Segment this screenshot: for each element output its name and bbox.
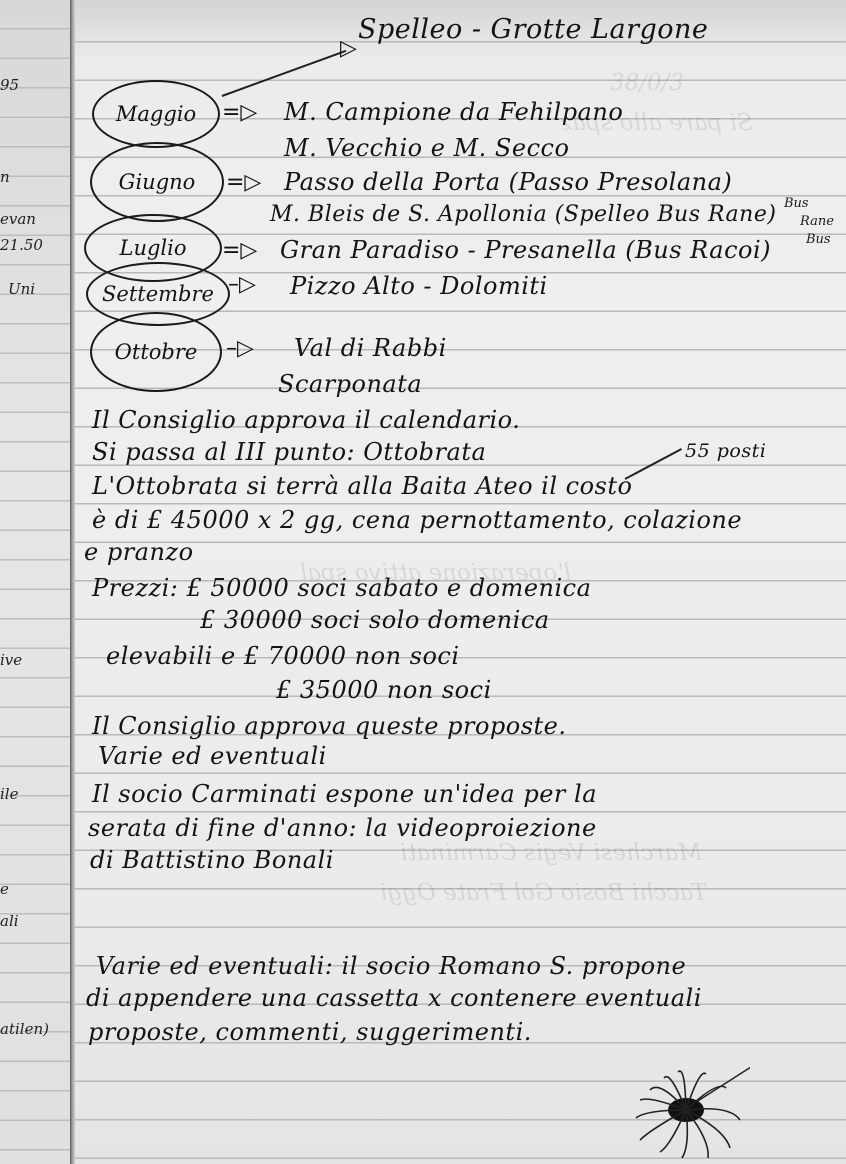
minutes-line: Varie ed eventuali: il socio Romano S. p… [96, 952, 686, 980]
left-fragment: 95 [0, 76, 19, 94]
notebook-spine [70, 0, 75, 1164]
left-fragment: 21.50 [0, 236, 43, 254]
minutes-line: serata di fine d'anno: la videoproiezion… [88, 814, 597, 842]
note-superscript: Bus [806, 232, 831, 247]
minutes-line: Varie ed eventuali [98, 742, 327, 770]
left-fragment: e [0, 880, 9, 898]
note-superscript: Rane [800, 214, 834, 229]
minutes-line: Il socio Carminati espone un'idea per la [92, 780, 597, 808]
minutes-line: è di £ 45000 x 2 gg, cena pernottamento,… [92, 506, 742, 534]
month-giugno: Giugno [90, 142, 224, 222]
left-fragment: ali [0, 912, 19, 930]
destination: Val di Rabbi [294, 334, 447, 362]
page-title: Spelleo - Grotte Largone [358, 14, 708, 45]
double-arrow-icon: =▷ [226, 170, 261, 195]
minutes-line: £ 30000 soci solo domenica [200, 606, 550, 634]
destination: Gran Paradiso - Presanella (Bus Racoi) [280, 236, 771, 264]
left-fragment: Uni [8, 280, 35, 298]
left-fragment: atilen) [0, 1020, 49, 1038]
left-page-edge: 95 n evan 21.50 Uni ive ile e ali atilen… [0, 0, 72, 1164]
destination: M. Bleis de S. Apollonia (Spelleo Bus Ra… [270, 202, 776, 227]
month-ottobre: Ottobre [90, 312, 222, 392]
destination: Scarponata [278, 370, 422, 398]
minutes-line: di appendere una cassetta x contenere ev… [86, 984, 702, 1012]
double-arrow-icon: =▷ [222, 238, 257, 263]
destination: M. Vecchio e M. Secco [284, 134, 569, 162]
destination: M. Campione da Fehilpano [284, 98, 623, 126]
note-superscript: Bus [784, 196, 809, 211]
left-fragment: evan [0, 210, 36, 228]
minutes-line: di Battistino Bonali [90, 846, 334, 874]
minutes-line: e pranzo [84, 538, 194, 566]
minutes-line: £ 35000 non soci [276, 676, 492, 704]
minutes-line: L'Ottobrata si terrà alla Baita Ateo il … [92, 472, 632, 500]
arrow-icon: ▷ [340, 36, 357, 61]
spider-doodle-icon [630, 1060, 750, 1160]
minutes-line: Prezzi: £ 50000 soci sabato e domenica [92, 574, 591, 602]
minutes-line: Il Consiglio approva il calendario. [92, 406, 520, 434]
destination: Passo della Porta (Passo Presolana) [284, 168, 732, 196]
minutes-line: Il Consiglio approva queste proposte. [92, 712, 567, 740]
month-maggio: Maggio [92, 80, 220, 148]
minutes-line: elevabili e £ 70000 non soci [106, 642, 460, 670]
minutes-line: proposte, commenti, suggerimenti. [88, 1018, 532, 1046]
left-fragment: ile [0, 785, 18, 803]
seats-annotation: 55 posti [685, 440, 766, 462]
arrow-icon: –▷ [226, 336, 254, 361]
left-fragment: ive [0, 651, 22, 669]
destination: Pizzo Alto - Dolomiti [290, 272, 548, 300]
left-fragment: n [0, 168, 10, 186]
double-arrow-icon: =▷ [222, 100, 257, 125]
double-arrow-icon: –▷ [228, 272, 256, 297]
minutes-line: Si passa al III punto: Ottobrata [92, 438, 486, 466]
